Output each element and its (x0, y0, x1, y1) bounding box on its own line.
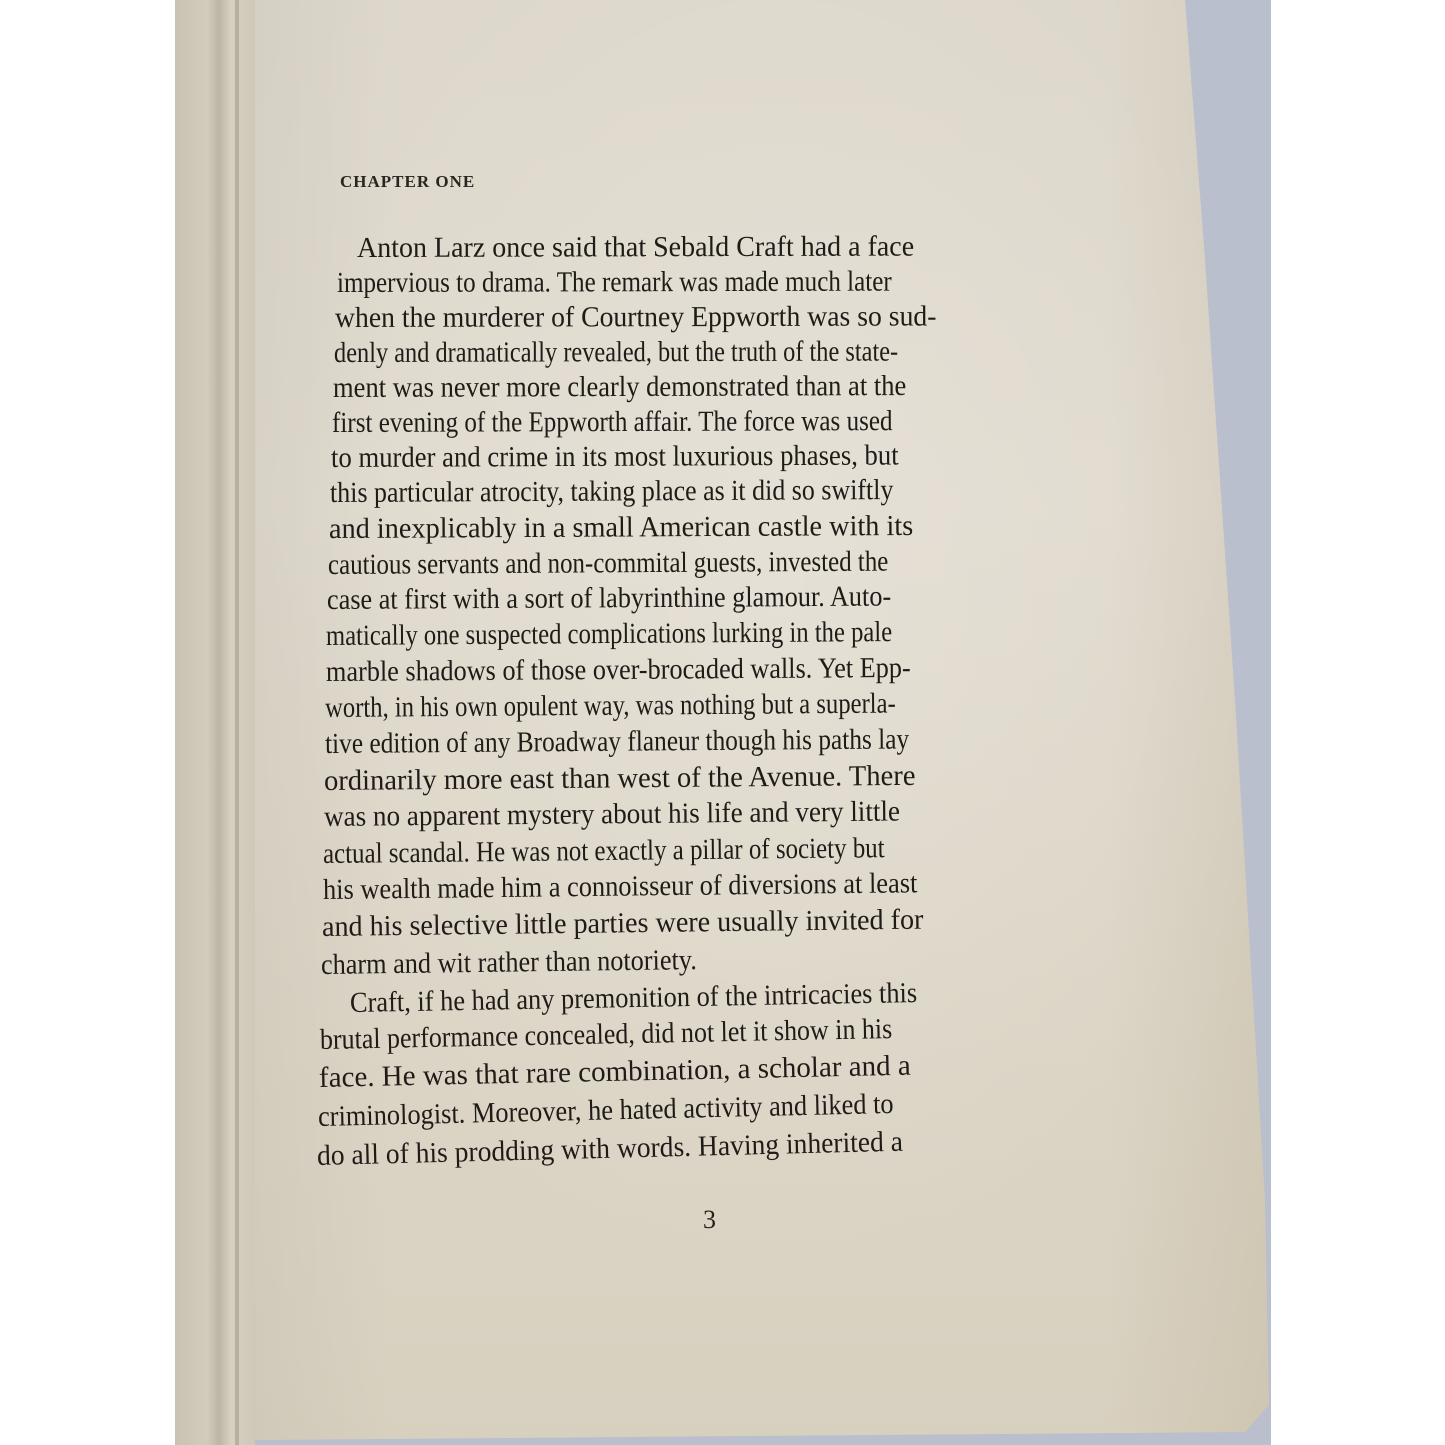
text-line: charm and wit rather than notoriety. (321, 944, 697, 982)
text-line: tive edition of any Broadway flaneur tho… (325, 723, 909, 761)
chapter-heading: CHAPTER ONE (340, 172, 475, 192)
text-line: worth, in his own opulent way, was nothi… (325, 688, 896, 725)
text-line: was no apparent mystery about his life a… (324, 795, 900, 834)
text-line: this particular atrocity, taking place a… (330, 474, 894, 510)
text-line: denly and dramatically revealed, but the… (334, 336, 898, 370)
text-line: marble shadows of those over-brocaded wa… (326, 652, 911, 689)
text-line: cautious servants and non-commital guest… (328, 546, 889, 582)
text-line: actual scandal. He was not exactly a pil… (323, 832, 885, 871)
book-photo: CHAPTER ONE Anton Larz once said that Se… (175, 0, 1271, 1445)
text-line: and inexplicably in a small American cas… (329, 510, 913, 546)
text-line: first evening of the Eppworth affair. Th… (332, 405, 893, 440)
text-line: matically one suspected complications lu… (326, 616, 892, 653)
page-number: 3 (703, 1205, 716, 1235)
gutter-fold-line (235, 0, 239, 1445)
text-line: when the murderer of Courtney Eppworth w… (335, 300, 937, 335)
text-line: ment was never more clearly demonstrated… (333, 370, 906, 405)
text-line: to murder and crime in its most luxuriou… (331, 440, 899, 475)
text-line: Anton Larz once said that Sebald Craft h… (357, 231, 914, 265)
text-line: ordinarily more east than west of the Av… (324, 760, 916, 798)
book-gutter (175, 0, 255, 1445)
text-line: case at first with a sort of labyrinthin… (327, 581, 891, 617)
text-line: his wealth made him a connoisseur of div… (323, 867, 918, 907)
text-line: impervious to drama. The remark was made… (337, 266, 892, 300)
